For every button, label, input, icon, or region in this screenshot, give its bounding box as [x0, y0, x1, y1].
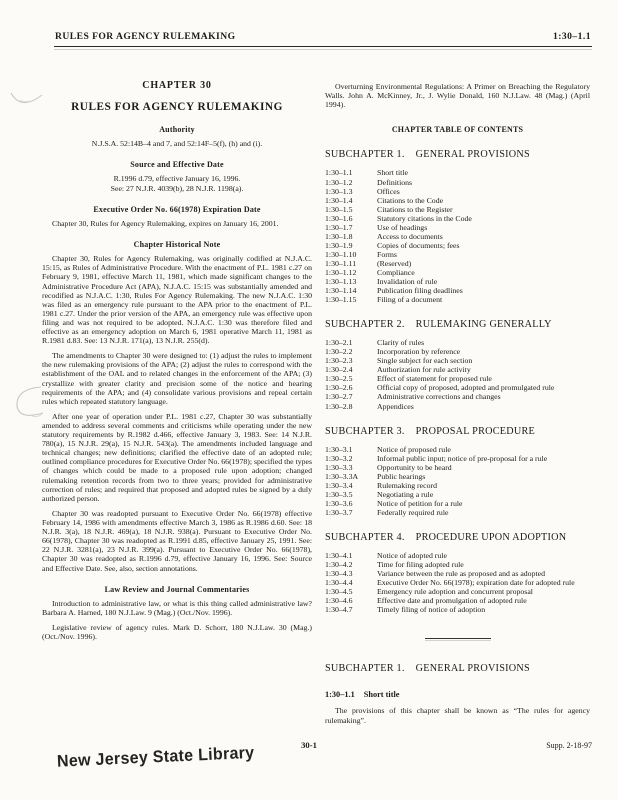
- toc-entry-number: 1:30–1.11: [325, 259, 377, 268]
- toc-entry-number: 1:30–2.6: [325, 383, 377, 392]
- toc-entry-title: Invalidation of rule: [377, 277, 590, 286]
- toc-entry: 1:30–3.5 Negotiating a rule: [325, 490, 590, 499]
- toc-entry-title: Notice of adopted rule: [377, 551, 590, 560]
- toc-entry: 1:30–2.4 Authorization for rule activity: [325, 365, 590, 374]
- toc-entry-number: 1:30–1.7: [325, 223, 377, 232]
- page-number: 30-1: [0, 740, 618, 750]
- toc-entry-number: 1:30–1.6: [325, 214, 377, 223]
- toc-entry-title: Citations to the Code: [377, 196, 590, 205]
- subchapter-label: SUBCHAPTER 1.: [325, 663, 405, 674]
- toc-entry-number: 1:30–1.12: [325, 268, 377, 277]
- toc-entry: 1:30–4.2 Time for filing adopted rule: [325, 560, 590, 569]
- subchapter-title: GENERAL PROVISIONS: [416, 149, 530, 160]
- toc-entry-number: 1:30–3.7: [325, 508, 377, 517]
- toc-entry-title: Opportunity to be heard: [377, 463, 590, 472]
- toc-entry: 1:30–2.5 Effect of statement for propose…: [325, 374, 590, 383]
- toc-entry: 1:30–1.5 Citations to the Register: [325, 205, 590, 214]
- toc-entry-number: 1:30–2.2: [325, 347, 377, 356]
- toc-entry-number: 1:30–1.1: [325, 168, 377, 177]
- toc-entry-title: Administrative corrections and changes: [377, 392, 590, 401]
- toc-entry-title: Official copy of proposed, adopted and p…: [377, 383, 590, 392]
- toc-entry-title: Single subject for each section: [377, 356, 590, 365]
- page-body: CHAPTER 30 RULES FOR AGENCY RULEMAKING A…: [42, 60, 590, 730]
- subchapter-heading: SUBCHAPTER 1.GENERAL PROVISIONS: [325, 663, 590, 674]
- subchapter-heading: SUBCHAPTER 3.PROPOSAL PROCEDURE: [325, 426, 590, 437]
- toc-entry-number: 1:30–1.2: [325, 178, 377, 187]
- toc-entry-title: Offices: [377, 187, 590, 196]
- toc-entry: 1:30–4.3 Variance between the rule as pr…: [325, 569, 590, 578]
- historical-note-paragraph: The amendments to Chapter 30 were design…: [42, 351, 312, 406]
- toc-entry: 1:30–4.4 Executive Order No. 66(1978); e…: [325, 578, 590, 587]
- toc-entry: 1:30–1.7 Use of headings: [325, 223, 590, 232]
- chapter-number: CHAPTER 30: [42, 80, 312, 91]
- toc-entry: 1:30–1.11 (Reserved): [325, 259, 590, 268]
- toc-entry: 1:30–2.6 Official copy of proposed, adop…: [325, 383, 590, 392]
- section-divider: [425, 638, 491, 641]
- expiration-heading: Executive Order No. 66(1978) Expiration …: [42, 205, 312, 214]
- toc-entry: 1:30–3.3 Opportunity to be heard: [325, 463, 590, 472]
- toc-subchapter-4: SUBCHAPTER 4.PROCEDURE UPON ADOPTION 1:3…: [325, 532, 590, 614]
- subchapter-heading: SUBCHAPTER 4.PROCEDURE UPON ADOPTION: [325, 532, 590, 543]
- toc-entry-title: Short title: [377, 168, 590, 177]
- toc-entry: 1:30–1.6 Statutory citations in the Code: [325, 214, 590, 223]
- toc-entry-title: Forms: [377, 250, 590, 259]
- historical-note-paragraph: After one year of operation under P.L. 1…: [42, 412, 312, 504]
- law-review-paragraph: Overturning Environmental Regulations: A…: [325, 82, 590, 109]
- toc-entry: 1:30–4.7 Timely filing of notice of adop…: [325, 605, 590, 614]
- toc-entry-number: 1:30–2.3: [325, 356, 377, 365]
- toc-entry-title: Effect of statement for proposed rule: [377, 374, 590, 383]
- toc-entry-number: 1:30–1.14: [325, 286, 377, 295]
- toc-entry-title: Filing of a document: [377, 295, 590, 304]
- subchapter-heading: SUBCHAPTER 1.GENERAL PROVISIONS: [325, 149, 590, 160]
- authority-text: N.J.S.A. 52:14B–4 and 7, and 52:14F–5(f)…: [42, 139, 312, 148]
- historical-note-heading: Chapter Historical Note: [42, 240, 312, 249]
- right-column: Overturning Environmental Regulations: A…: [325, 60, 590, 730]
- toc-entry: 1:30–3.1 Notice of proposed rule: [325, 445, 590, 454]
- toc-entry-number: 1:30–4.6: [325, 596, 377, 605]
- toc-entry: 1:30–1.15 Filing of a document: [325, 295, 590, 304]
- toc-entry-number: 1:30–2.4: [325, 365, 377, 374]
- source-line: R.1996 d.79, effective January 16, 1996.: [42, 174, 312, 183]
- toc-list: 1:30–4.1 Notice of adopted rule 1:30–4.2…: [325, 551, 590, 614]
- toc-entry-number: 1:30–4.7: [325, 605, 377, 614]
- toc-entry-title: Definitions: [377, 178, 590, 187]
- toc-entry-title: Variance between the rule as proposed an…: [377, 569, 590, 578]
- authority-heading: Authority: [42, 125, 312, 134]
- toc-entry: 1:30–1.10 Forms: [325, 250, 590, 259]
- law-review-paragraph: Introduction to administrative law, or w…: [42, 599, 312, 617]
- document-page: RULES FOR AGENCY RULEMAKING 1:30–1.1 CHA…: [0, 0, 618, 800]
- law-review-paragraph: Legislative review of agency rules. Mark…: [42, 623, 312, 641]
- toc-entry: 1:30–3.6 Notice of petition for a rule: [325, 499, 590, 508]
- toc-entry: 1:30–4.5 Emergency rule adoption and con…: [325, 587, 590, 596]
- section-body-text: The provisions of this chapter shall be …: [325, 706, 590, 724]
- toc-entry-number: 1:30–2.1: [325, 338, 377, 347]
- toc-entry-title: Use of headings: [377, 223, 590, 232]
- toc-entry-number: 1:30–2.5: [325, 374, 377, 383]
- toc-entry: 1:30–1.9 Copies of documents; fees: [325, 241, 590, 250]
- toc-entry: 1:30–2.2 Incorporation by reference: [325, 347, 590, 356]
- toc-entry-number: 1:30–3.5: [325, 490, 377, 499]
- toc-entry-title: Rulemaking record: [377, 481, 590, 490]
- toc-entry-title: Clarity of rules: [377, 338, 590, 347]
- toc-entry-number: 1:30–3.2: [325, 454, 377, 463]
- toc-entry: 1:30–3.3A Public hearings: [325, 472, 590, 481]
- toc-entry-title: Publication filing deadlines: [377, 286, 590, 295]
- toc-entry-number: 1:30–1.3: [325, 187, 377, 196]
- toc-entry-number: 1:30–4.1: [325, 551, 377, 560]
- toc-list: 1:30–2.1 Clarity of rules 1:30–2.2 Incor…: [325, 338, 590, 410]
- toc-subchapter-3: SUBCHAPTER 3.PROPOSAL PROCEDURE 1:30–3.1…: [325, 426, 590, 517]
- toc-entry-title: Effective date and promulgation of adopt…: [377, 596, 590, 605]
- toc-list: 1:30–1.1 Short title 1:30–1.2 Definition…: [325, 168, 590, 304]
- toc-entry-title: Informal public input; notice of pre-pro…: [377, 454, 590, 463]
- toc-entry-number: 1:30–1.13: [325, 277, 377, 286]
- toc-entry: 1:30–2.8 Appendices: [325, 402, 590, 411]
- subchapter-label: SUBCHAPTER 2.: [325, 319, 405, 330]
- toc-entry-title: Public hearings: [377, 472, 590, 481]
- toc-entry: 1:30–1.12 Compliance: [325, 268, 590, 277]
- toc-entry-number: 1:30–1.10: [325, 250, 377, 259]
- toc-entry-title: Appendices: [377, 402, 590, 411]
- source-line: See: 27 N.J.R. 4039(b), 28 N.J.R. 1198(a…: [42, 184, 312, 193]
- subchapter-label: SUBCHAPTER 1.: [325, 149, 405, 160]
- toc-entry-number: 1:30–4.3: [325, 569, 377, 578]
- toc-entry: 1:30–2.7 Administrative corrections and …: [325, 392, 590, 401]
- law-review-heading: Law Review and Journal Commentaries: [42, 585, 312, 594]
- toc-entry: 1:30–1.13 Invalidation of rule: [325, 277, 590, 286]
- subchapter-title: GENERAL PROVISIONS: [416, 663, 530, 674]
- toc-entry-number: 1:30–2.7: [325, 392, 377, 401]
- subchapter-label: SUBCHAPTER 3.: [325, 426, 405, 437]
- toc-entry: 1:30–4.6 Effective date and promulgation…: [325, 596, 590, 605]
- toc-entry: 1:30–3.2 Informal public input; notice o…: [325, 454, 590, 463]
- toc-subchapter-2: SUBCHAPTER 2.RULEMAKING GENERALLY 1:30–2…: [325, 319, 590, 410]
- toc-entry-title: Negotiating a rule: [377, 490, 590, 499]
- toc-entry-title: Executive Order No. 66(1978); expiration…: [377, 578, 590, 587]
- toc-entry-number: 1:30–1.8: [325, 232, 377, 241]
- toc-entry: 1:30–4.1 Notice of adopted rule: [325, 551, 590, 560]
- toc-list: 1:30–3.1 Notice of proposed rule 1:30–3.…: [325, 445, 590, 517]
- toc-entry-number: 1:30–4.4: [325, 578, 377, 587]
- toc-entry-title: Access to documents: [377, 232, 590, 241]
- subchapter-title: PROCEDURE UPON ADOPTION: [416, 532, 567, 543]
- chapter-title: RULES FOR AGENCY RULEMAKING: [42, 101, 312, 113]
- toc-entry-title: Emergency rule adoption and concurrent p…: [377, 587, 590, 596]
- toc-entry: 1:30–1.8 Access to documents: [325, 232, 590, 241]
- toc-entry: 1:30–1.14 Publication filing deadlines: [325, 286, 590, 295]
- toc-entry-number: 1:30–1.15: [325, 295, 377, 304]
- section-number: 1:30–1.1: [325, 690, 355, 699]
- historical-note-paragraph: Chapter 30, Rules for Agency Rulemaking,…: [42, 254, 312, 346]
- law-review-paragraphs: Introduction to administrative law, or w…: [42, 599, 312, 641]
- toc-entry: 1:30–1.4 Citations to the Code: [325, 196, 590, 205]
- historical-note-paragraph: Chapter 30 was readopted pursuant to Exe…: [42, 509, 312, 573]
- toc-entry: 1:30–2.1 Clarity of rules: [325, 338, 590, 347]
- toc-entry-title: Notice of proposed rule: [377, 445, 590, 454]
- toc-entry-title: Federally required rule: [377, 508, 590, 517]
- toc-entry-title: Timely filing of notice of adoption: [377, 605, 590, 614]
- toc-entry-number: 1:30–3.1: [325, 445, 377, 454]
- toc-entry-number: 1:30–2.8: [325, 402, 377, 411]
- toc-entry-number: 1:30–1.5: [325, 205, 377, 214]
- toc-entry: 1:30–1.1 Short title: [325, 168, 590, 177]
- historical-note-paragraphs: Chapter 30, Rules for Agency Rulemaking,…: [42, 254, 312, 573]
- expiration-text: Chapter 30, Rules for Agency Rulemaking,…: [42, 219, 312, 228]
- toc-entry-title: Copies of documents; fees: [377, 241, 590, 250]
- running-header-section-ref: 1:30–1.1: [553, 31, 591, 42]
- subchapter-title: RULEMAKING GENERALLY: [416, 319, 552, 330]
- toc-entry-number: 1:30–3.3: [325, 463, 377, 472]
- toc-entry-title: (Reserved): [377, 259, 590, 268]
- toc-subchapter-1: SUBCHAPTER 1.GENERAL PROVISIONS 1:30–1.1…: [325, 149, 590, 304]
- toc-entry-number: 1:30–1.4: [325, 196, 377, 205]
- toc-entry: 1:30–3.4 Rulemaking record: [325, 481, 590, 490]
- source-lines: R.1996 d.79, effective January 16, 1996.…: [42, 174, 312, 193]
- subchapter-label: SUBCHAPTER 4.: [325, 532, 405, 543]
- toc-heading: CHAPTER TABLE OF CONTENTS: [325, 125, 590, 134]
- running-header: RULES FOR AGENCY RULEMAKING 1:30–1.1: [55, 31, 591, 42]
- toc-entry-title: Notice of petition for a rule: [377, 499, 590, 508]
- toc-entry-title: Authorization for rule activity: [377, 365, 590, 374]
- toc-entry-number: 1:30–4.5: [325, 587, 377, 596]
- subchapter-title: PROPOSAL PROCEDURE: [416, 426, 535, 437]
- toc-entry-number: 1:30–1.9: [325, 241, 377, 250]
- toc-entry-number: 1:30–3.3A: [325, 472, 377, 481]
- toc-entry-number: 1:30–4.2: [325, 560, 377, 569]
- toc-entry: 1:30–3.7 Federally required rule: [325, 508, 590, 517]
- toc-entry: 1:30–1.2 Definitions: [325, 178, 590, 187]
- toc-entry-title: Time for filing adopted rule: [377, 560, 590, 569]
- supplement-date: Supp. 2-18-97: [546, 741, 592, 750]
- source-heading: Source and Effective Date: [42, 160, 312, 169]
- left-column: CHAPTER 30 RULES FOR AGENCY RULEMAKING A…: [42, 60, 312, 730]
- running-header-title: RULES FOR AGENCY RULEMAKING: [55, 31, 236, 42]
- toc-entry-title: Compliance: [377, 268, 590, 277]
- section-heading: 1:30–1.1Short title: [325, 690, 590, 699]
- section-title: Short title: [364, 690, 400, 699]
- toc-entry: 1:30–2.3 Single subject for each section: [325, 356, 590, 365]
- toc-entry-title: Incorporation by reference: [377, 347, 590, 356]
- toc-entry-number: 1:30–3.4: [325, 481, 377, 490]
- subchapter-heading: SUBCHAPTER 2.RULEMAKING GENERALLY: [325, 319, 590, 330]
- toc-entry-title: Statutory citations in the Code: [377, 214, 590, 223]
- header-rule: [54, 46, 592, 50]
- toc-entry: 1:30–1.3 Offices: [325, 187, 590, 196]
- toc-entry-number: 1:30–3.6: [325, 499, 377, 508]
- toc-entry-title: Citations to the Register: [377, 205, 590, 214]
